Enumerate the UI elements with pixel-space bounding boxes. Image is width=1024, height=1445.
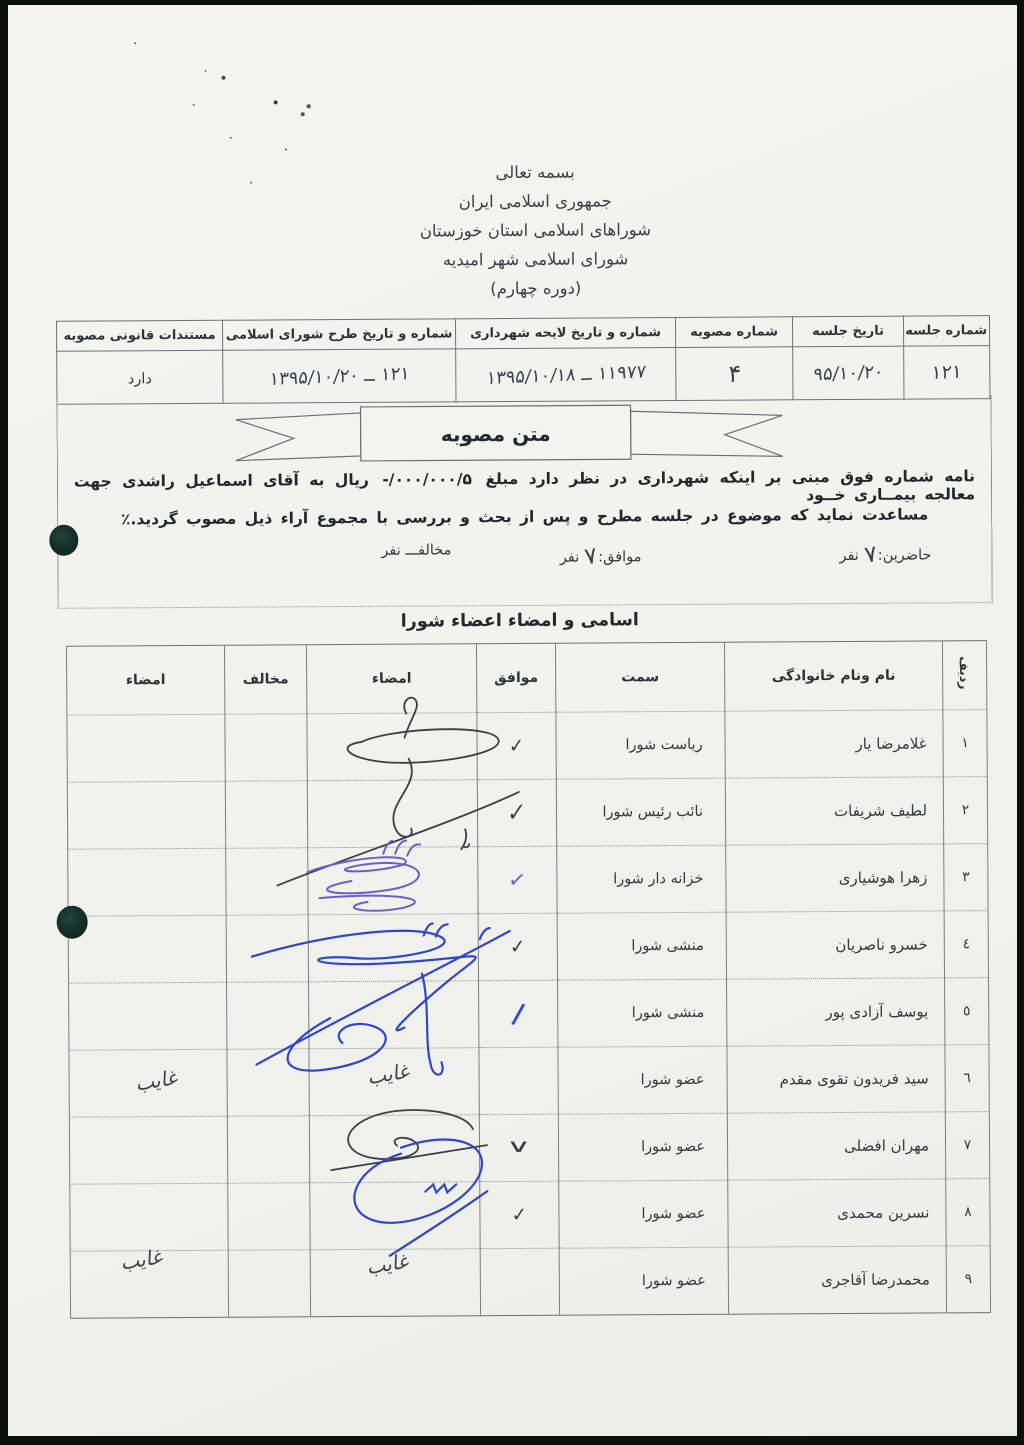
row-number-header-label: ردیف	[957, 657, 972, 690]
col-header-position: سمت	[555, 642, 724, 712]
member-position: منشی شورا	[557, 912, 726, 980]
oppose-cell	[225, 781, 307, 848]
amount-value: -/۰۰۰/۰۰۰/۵	[379, 470, 475, 489]
attendance-agree: موافق:۷ نفر	[560, 541, 642, 567]
attendance-oppose: مخالفـــ نفر	[381, 542, 451, 558]
bill-handwriting: ۱۱۹۷۷ ــ ۱۳۹۵/۱۰/۱۸	[485, 361, 646, 389]
member-row: ٤ خسرو ناصریان منشی شورا ✓	[68, 911, 988, 984]
col-header-agree: موافق	[476, 643, 555, 712]
member-name: خسرو ناصریان	[726, 911, 944, 979]
checkmark: ✓	[508, 734, 526, 757]
meta-header-plan: شماره و تاریخ طرح شورای اسلامی	[222, 319, 455, 350]
oppose-cell	[226, 848, 308, 915]
meta-header-bill: شماره و تاریخ لایحه شهرداری	[455, 317, 675, 348]
signature-cell-2	[69, 982, 227, 1050]
signature-cell-2	[67, 781, 225, 849]
row-number: ۱	[943, 710, 987, 777]
members-table: ردیف نام ونام خانوادگی سمت موافق امضاء م…	[66, 640, 991, 1319]
meta-header-session-date: تاریخ جلسه	[792, 316, 903, 347]
term-line: (دوره چهارم)	[336, 273, 736, 304]
member-row: ٩ محمدرضا آقاجری عضو شورا	[70, 1246, 990, 1319]
checkmark: ✓	[507, 798, 527, 828]
meta-header-legal-docs: مستندات قانونی مصوبه	[56, 320, 222, 351]
member-name: یوسف آزادی پور	[727, 978, 945, 1046]
col-header-signature: امضاء	[306, 644, 476, 714]
member-position: نائب رئیس شورا	[556, 778, 725, 846]
plan-handwriting: ۱۲۱ ــ ۱۳۹۵/۱۰/۲۰	[268, 363, 410, 390]
checkmark: /	[510, 998, 526, 1030]
oppose-cell	[227, 1116, 309, 1183]
row-number: ۲	[943, 777, 987, 844]
checkmark: ✓	[511, 1203, 529, 1226]
col-header-oppose: مخالف	[224, 645, 306, 714]
members-header-row: ردیف نام ونام خانوادگی سمت موافق امضاء م…	[66, 641, 986, 716]
member-row: ۱ غلامرضا یار ریاست شورا ✓	[67, 710, 987, 783]
hole-punch-bottom	[57, 906, 88, 939]
member-position: خزانه دار شورا	[557, 845, 726, 913]
agree-mark-cell: ✓	[478, 846, 557, 913]
ribbon-right-tail	[631, 410, 783, 457]
member-name: محمدرضا آقاجری	[728, 1246, 946, 1314]
scanned-paper: بسمه تعالی جمهوری اسلامی ایران شوراهای ا…	[8, 5, 1017, 1436]
oppose-label: مخالفـ	[414, 542, 452, 558]
legal-docs-text: دارد	[128, 371, 152, 387]
agree-count-handwriting: ۷	[583, 543, 599, 571]
agree-label: موافق:	[598, 549, 641, 565]
member-name: غلامرضا یار	[725, 710, 943, 778]
resolution-no-handwriting: ۴	[727, 359, 741, 389]
signature-cell	[307, 713, 477, 781]
meta-header-session-no: شماره جلسه	[903, 316, 989, 347]
ribbon-left-tail	[236, 413, 361, 461]
member-name: نسرین محمدی	[728, 1179, 946, 1247]
resolution-text-line1: نامه شماره فوق مبنی بر اینکه شهرداری در …	[74, 467, 975, 509]
oppose-cell	[228, 1183, 310, 1250]
present-count-handwriting: ۷	[863, 541, 879, 569]
member-position: عضو شورا	[558, 1113, 727, 1181]
session-date-handwriting: ۹۵/۱۰/۲۰	[812, 361, 884, 385]
resolution-no-value: ۴	[676, 347, 793, 401]
plan-no-date-value: ۱۲۱ ــ ۱۳۹۵/۱۰/۲۰	[223, 349, 456, 403]
signature-cell	[307, 780, 477, 848]
row-number: ۳	[944, 844, 988, 911]
page-content: بسمه تعالی جمهوری اسلامی ایران شوراهای ا…	[4, 2, 1022, 1439]
resolution-banner-ribbon: متن مصوبه	[236, 403, 783, 464]
member-name: سید فریدون تقوی مقدم	[727, 1045, 945, 1113]
member-position: منشی شورا	[558, 979, 727, 1047]
city-council-line: شورای اسلامی شهر امیدیه	[336, 244, 736, 275]
oppose-cell	[227, 982, 309, 1049]
oppose-cell	[225, 714, 307, 781]
resolution-meta-table: شماره جلسه تاریخ جلسه شماره مصوبه شماره …	[56, 315, 990, 405]
present-label: حاضرین:	[878, 547, 932, 563]
agree-mark-cell: ✓	[477, 779, 556, 846]
bill-no-date-value: ۱۱۹۷۷ ــ ۱۳۹۵/۱۰/۱۸	[456, 347, 676, 401]
province-councils-line: شوراهای اسلامی استان خوزستان	[335, 215, 735, 246]
member-row: ٨ نسرین محمدی عضو شورا ✓	[70, 1179, 990, 1252]
oppose-cell	[227, 1049, 309, 1116]
members-table-area: ردیف نام ونام خانوادگی سمت موافق امضاء م…	[66, 640, 990, 1308]
member-row: ٧ مهران افضلی عضو شورا ∨	[69, 1112, 989, 1185]
agree-mark-cell: ✓	[480, 1181, 559, 1248]
member-position: عضو شورا	[558, 1046, 727, 1114]
bismillah-line: بسمه تعالی	[335, 157, 735, 188]
letterhead: بسمه تعالی جمهوری اسلامی ایران شوراهای ا…	[335, 157, 736, 304]
member-name: زهرا هوشیاری	[726, 844, 944, 912]
attendance-present: حاضرین:۷ نفر	[839, 539, 931, 566]
agree-person-word: نفر	[560, 550, 579, 566]
member-position: عضو شورا	[559, 1180, 728, 1248]
member-row: ٦ سید فریدون تقوی مقدم عضو شورا	[69, 1045, 989, 1118]
signature-cell	[309, 981, 479, 1049]
republic-line: جمهوری اسلامی ایران	[335, 186, 735, 217]
agree-mark-cell: ∨	[479, 1114, 558, 1181]
oppose-cell	[226, 915, 308, 982]
signature-cell-2	[67, 714, 225, 782]
signature-cell-2	[70, 1183, 228, 1251]
agree-mark-cell: ✓	[477, 712, 556, 779]
present-person-word: نفر	[839, 548, 858, 564]
row-number: ٥	[945, 978, 989, 1045]
agree-mark-cell: /	[479, 980, 558, 1047]
member-name: لطیف شریفات	[725, 777, 943, 845]
agree-mark-cell: ✓	[478, 913, 557, 980]
checkmark: ✓	[509, 935, 527, 958]
col-header-name: نام ونام خانوادگی	[724, 641, 942, 711]
row-number: ٩	[946, 1246, 990, 1313]
member-position: ریاست شورا	[556, 711, 725, 779]
checkmark: ✓	[507, 867, 528, 893]
paper-speckles	[134, 42, 136, 44]
row-number: ٦	[945, 1045, 989, 1112]
resolution-banner-title: متن مصوبه	[441, 422, 551, 447]
member-row: ۳ زهرا هوشیاری خزانه دار شورا ✓	[68, 844, 988, 917]
legal-docs-value: دارد	[57, 350, 223, 404]
checkmark: ∨	[506, 1135, 531, 1156]
signature-cell	[310, 1182, 480, 1250]
session-no-handwriting: ۱۲۱	[931, 361, 963, 384]
signature-cell	[309, 1115, 479, 1183]
row-number: ٤	[944, 911, 988, 978]
hole-punch-top	[49, 525, 78, 556]
signature-cell	[308, 914, 478, 982]
agree-mark-cell	[479, 1047, 558, 1114]
signature-cell-2	[68, 848, 226, 916]
agree-mark-cell	[480, 1248, 559, 1315]
resolution-box: متن مصوبه نامه شماره فوق مبنی بر اینکه ش…	[56, 395, 992, 609]
col-header-signature-2: امضاء	[66, 645, 224, 715]
member-row: ٥ یوسف آزادی پور منشی شورا /	[69, 978, 989, 1051]
col-header-row-number: ردیف	[942, 641, 986, 710]
oppose-cell	[228, 1250, 310, 1317]
signature-cell-2	[69, 1116, 227, 1184]
signature-cell-2	[68, 915, 226, 983]
oppose-person-word: نفر	[381, 543, 400, 559]
session-date-value: ۹۵/۱۰/۲۰	[793, 346, 904, 400]
member-row: ۲ لطیف شریفات نائب رئیس شورا ✓	[67, 777, 987, 850]
signature-cell	[308, 847, 478, 915]
row-number: ٧	[945, 1112, 989, 1179]
member-name: مهران افضلی	[727, 1112, 945, 1180]
session-no-value: ۱۲۱	[904, 346, 990, 400]
row-number: ٨	[946, 1179, 990, 1246]
meta-header-resolution-no: شماره مصوبه	[675, 317, 792, 348]
resolution-text-line2: مساعدت نماید که موضوع در جلسه مطرح و پس …	[74, 505, 975, 529]
member-position: عضو شورا	[559, 1247, 728, 1315]
members-section-title: اسامی و امضاء اعضاء شورا	[8, 608, 1024, 634]
